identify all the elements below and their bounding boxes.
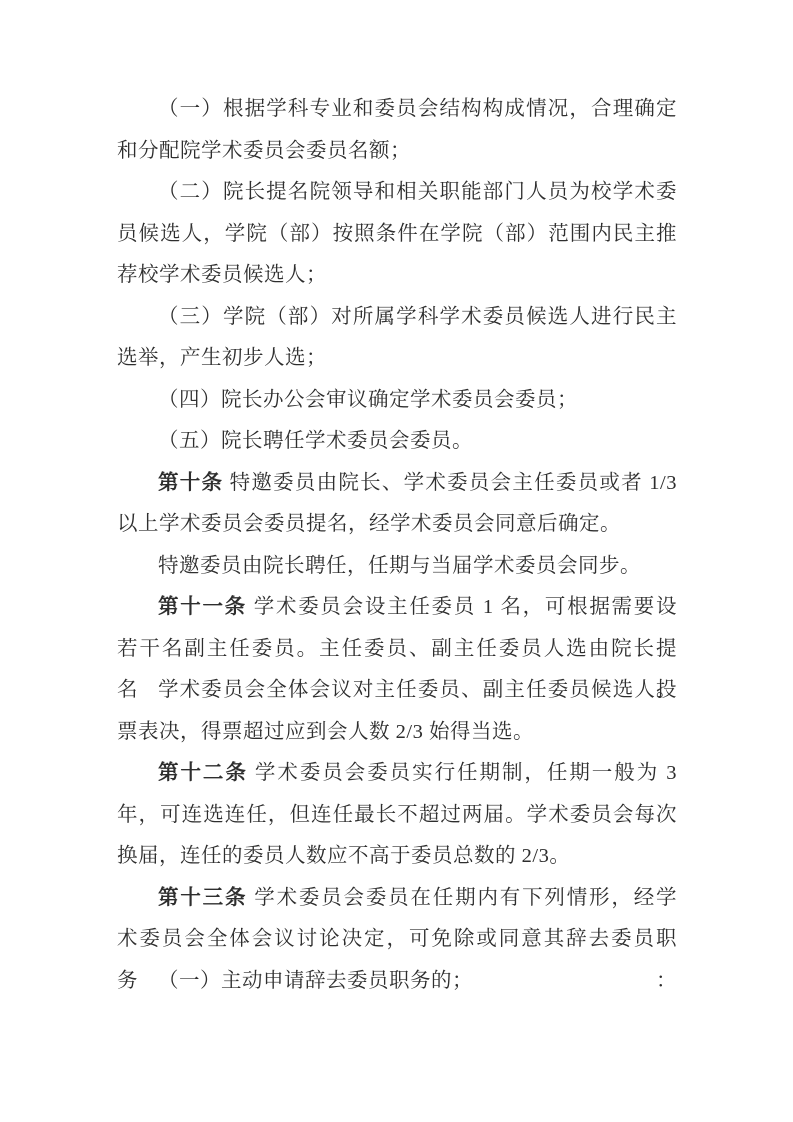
line-text: （一）根据学科专业和委员会结构构成情况，合理确定 bbox=[158, 98, 677, 120]
line-text: 年，可连选连任，但连任最长不超过两届。学术委员会每次 bbox=[117, 804, 677, 826]
text-line-article-10: 以上学术委员会委员提名，经学术委员会同意后确定。 bbox=[117, 504, 677, 546]
line-text: 学术委员会委员在任期内有下列情形，经学 bbox=[247, 887, 677, 909]
line-text: （五）院长聘任学术委员会委员。 bbox=[158, 430, 473, 452]
line-text: （三）学院（部）对所属学科学术委员候选人进行民主 bbox=[158, 306, 677, 328]
article-number-label: 第十条 bbox=[158, 472, 223, 494]
text-line-article-13: 第十三条 学术委员会委员在任期内有下列情形，经学 bbox=[117, 878, 677, 920]
line-text: （四）院长办公会审议确定学术委员会委员； bbox=[158, 389, 578, 411]
line-text: 学术委员会全体会议对主任委员、副主任委员候选人投 bbox=[158, 679, 677, 701]
document-body: （一）根据学科专业和委员会结构构成情况，合理确定和分配院学术委员会委员名额；（二… bbox=[117, 89, 677, 1002]
text-line-article-11: 若干名副主任委员。主任委员、副主任委员人选由院长提名。 bbox=[117, 629, 677, 671]
text-line-list-item-5: （五）院长聘任学术委员会委员。 bbox=[117, 421, 677, 463]
text-line-article-11-para-2: 学术委员会全体会议对主任委员、副主任委员候选人投 bbox=[117, 670, 677, 712]
document-page: （一）根据学科专业和委员会结构构成情况，合理确定和分配院学术委员会委员名额；（二… bbox=[0, 0, 793, 1122]
text-line-article-11: 第十一条 学术委员会设主任委员 1 名，可根据需要设 bbox=[117, 587, 677, 629]
text-line-list-item-3: 选举，产生初步人选； bbox=[117, 338, 677, 380]
text-line-list-item-2: （二）院长提名院领导和相关职能部门人员为校学术委 bbox=[117, 172, 677, 214]
text-line-list-item-1: （一）根据学科专业和委员会结构构成情况，合理确定 bbox=[117, 89, 677, 131]
line-text: 学术委员会委员实行任期制，任期一般为 3 bbox=[248, 762, 677, 784]
text-line-list-item-1: 和分配院学术委员会委员名额； bbox=[117, 131, 677, 173]
text-line-list-item-2: 员候选人，学院（部）按照条件在学院（部）范围内民主推 bbox=[117, 214, 677, 256]
article-number-label: 第十三条 bbox=[158, 887, 247, 909]
line-text: 选举，产生初步人选； bbox=[117, 347, 327, 369]
text-line-article-10-para-2: 特邀委员由院长聘任，任期与当届学术委员会同步。 bbox=[117, 546, 677, 588]
line-text: 特邀委员由院长、学术委员会主任委员或者 1/3 bbox=[223, 472, 677, 494]
article-number-label: 第十一条 bbox=[158, 596, 247, 618]
text-line-list-item-2: 荐校学术委员候选人； bbox=[117, 255, 677, 297]
line-text: （二）院长提名院领导和相关职能部门人员为校学术委 bbox=[158, 181, 677, 203]
text-line-article-13: 术委员会全体会议讨论决定，可免除或同意其辞去委员职务： bbox=[117, 919, 677, 961]
text-line-article-12: 年，可连选连任，但连任最长不超过两届。学术委员会每次 bbox=[117, 795, 677, 837]
text-line-list-item-4: （四）院长办公会审议确定学术委员会委员； bbox=[117, 380, 677, 422]
text-line-article-10: 第十条 特邀委员由院长、学术委员会主任委员或者 1/3 bbox=[117, 463, 677, 505]
line-text: 换届，连任的委员人数应不高于委员总数的 2/3。 bbox=[117, 845, 570, 867]
line-text: 和分配院学术委员会委员名额； bbox=[117, 140, 411, 162]
article-number-label: 第十二条 bbox=[158, 762, 248, 784]
line-text: 特邀委员由院长聘任，任期与当届学术委员会同步。 bbox=[158, 555, 641, 577]
text-line-article-11-para-2: 票表决，得票超过应到会人数 2/3 始得当选。 bbox=[117, 712, 677, 754]
line-text: （一）主动申请辞去委员职务的； bbox=[158, 970, 473, 992]
text-line-article-12: 换届，连任的委员人数应不高于委员总数的 2/3。 bbox=[117, 836, 677, 878]
text-line-article-12: 第十二条 学术委员会委员实行任期制，任期一般为 3 bbox=[117, 753, 677, 795]
line-text: 荐校学术委员候选人； bbox=[117, 264, 327, 286]
line-text: 以上学术委员会委员提名，经学术委员会同意后确定。 bbox=[117, 513, 621, 535]
line-text: 票表决，得票超过应到会人数 2/3 始得当选。 bbox=[117, 721, 534, 743]
line-text: 员候选人，学院（部）按照条件在学院（部）范围内民主推 bbox=[117, 223, 677, 245]
text-line-list-item-3: （三）学院（部）对所属学科学术委员候选人进行民主 bbox=[117, 297, 677, 339]
line-text: 学术委员会设主任委员 1 名，可根据需要设 bbox=[247, 596, 677, 618]
